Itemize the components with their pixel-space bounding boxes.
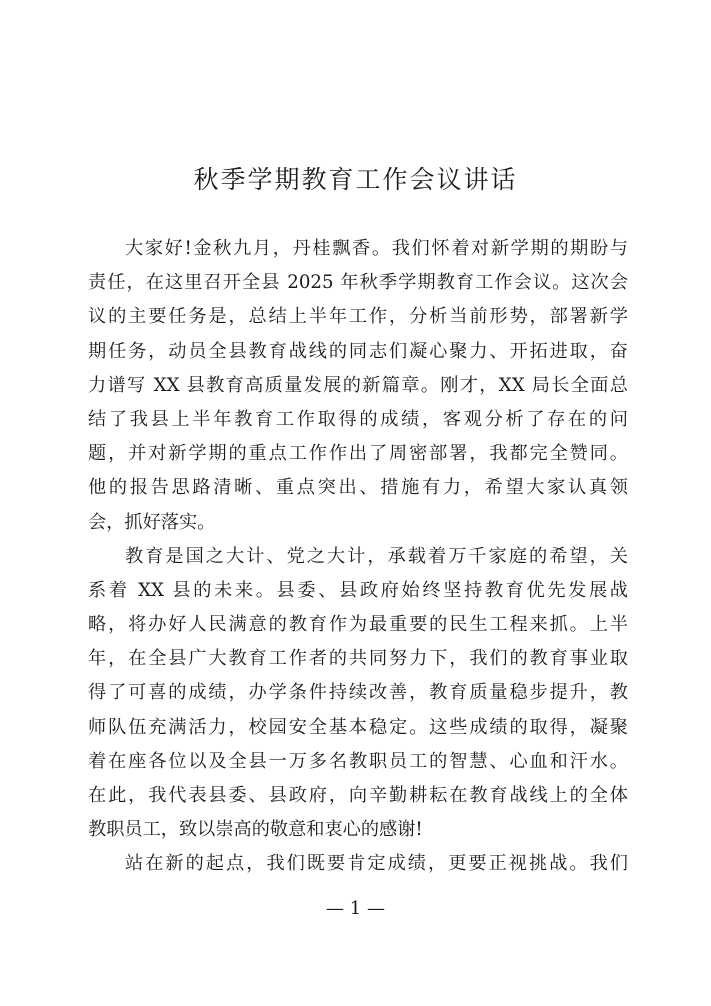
paragraph-2-line-4: 年，在全县广大教育工作者的共同努力下，我们的教育事业取 — [88, 642, 628, 676]
paragraph-1-line-2: 责任，在这里召开全县 2025 年秋季学期教育工作会议。这次会 — [88, 266, 628, 300]
document-page: 秋季学期教育工作会议讲话 大家好!金秋九月，丹桂飘香。我们怀着对新学期的期盼与 … — [0, 0, 711, 1006]
document-body: 大家好!金秋九月，丹桂飘香。我们怀着对新学期的期盼与 责任，在这里召开全县 20… — [88, 232, 628, 882]
document-title: 秋季学期教育工作会议讲话 — [0, 160, 711, 196]
paragraph-2-line-8: 在此，我代表县委、县政府，向辛勤耕耘在教育战线上的全体 — [88, 779, 628, 813]
paragraph-3-line-1: 站在新的起点，我们既要肯定成绩，更要正视挑战。我们 — [88, 847, 628, 881]
paragraph-1-line-1: 大家好!金秋九月，丹桂飘香。我们怀着对新学期的期盼与 — [88, 232, 628, 266]
paragraph-1-line-7: 题，并对新学期的重点工作作出了周密部署，我都完全赞同。 — [88, 437, 628, 471]
paragraph-1-line-6: 结了我县上半年教育工作取得的成绩，客观分析了存在的问 — [88, 403, 628, 437]
paragraph-1-line-4: 期任务，动员全县教育战线的同志们凝心聚力、开拓进取，奋 — [88, 335, 628, 369]
paragraph-2-line-1: 教育是国之大计、党之大计，承载着万千家庭的希望，关 — [88, 540, 628, 574]
paragraph-2-line-2: 系着 XX 县的未来。县委、县政府始终坚持教育优先发展战 — [88, 574, 628, 608]
paragraph-1-line-3: 议的主要任务是，总结上半年工作，分析当前形势，部署新学 — [88, 300, 628, 334]
paragraph-2-line-5: 得了可喜的成绩，办学条件持续改善，教育质量稳步提升，教 — [88, 676, 628, 710]
paragraph-1-line-5: 力谱写 XX 县教育高质量发展的新篇章。刚才，XX 局长全面总 — [88, 369, 628, 403]
paragraph-2-line-7: 着在座各位以及全县一万多名教职员工的智慧、心血和汗水。 — [88, 745, 628, 779]
paragraph-1-line-9: 会，抓好落实。 — [88, 506, 628, 540]
page-number: — 1 — — [0, 898, 711, 919]
paragraph-2-line-3: 略，将办好人民满意的教育作为最重要的民生工程来抓。上半 — [88, 608, 628, 642]
paragraph-2-line-6: 师队伍充满活力，校园安全基本稳定。这些成绩的取得，凝聚 — [88, 711, 628, 745]
paragraph-2-line-9: 教职员工，致以崇高的敬意和衷心的感谢! — [88, 813, 628, 847]
paragraph-1-line-8: 他的报告思路清晰、重点突出、措施有力，希望大家认真领 — [88, 471, 628, 505]
